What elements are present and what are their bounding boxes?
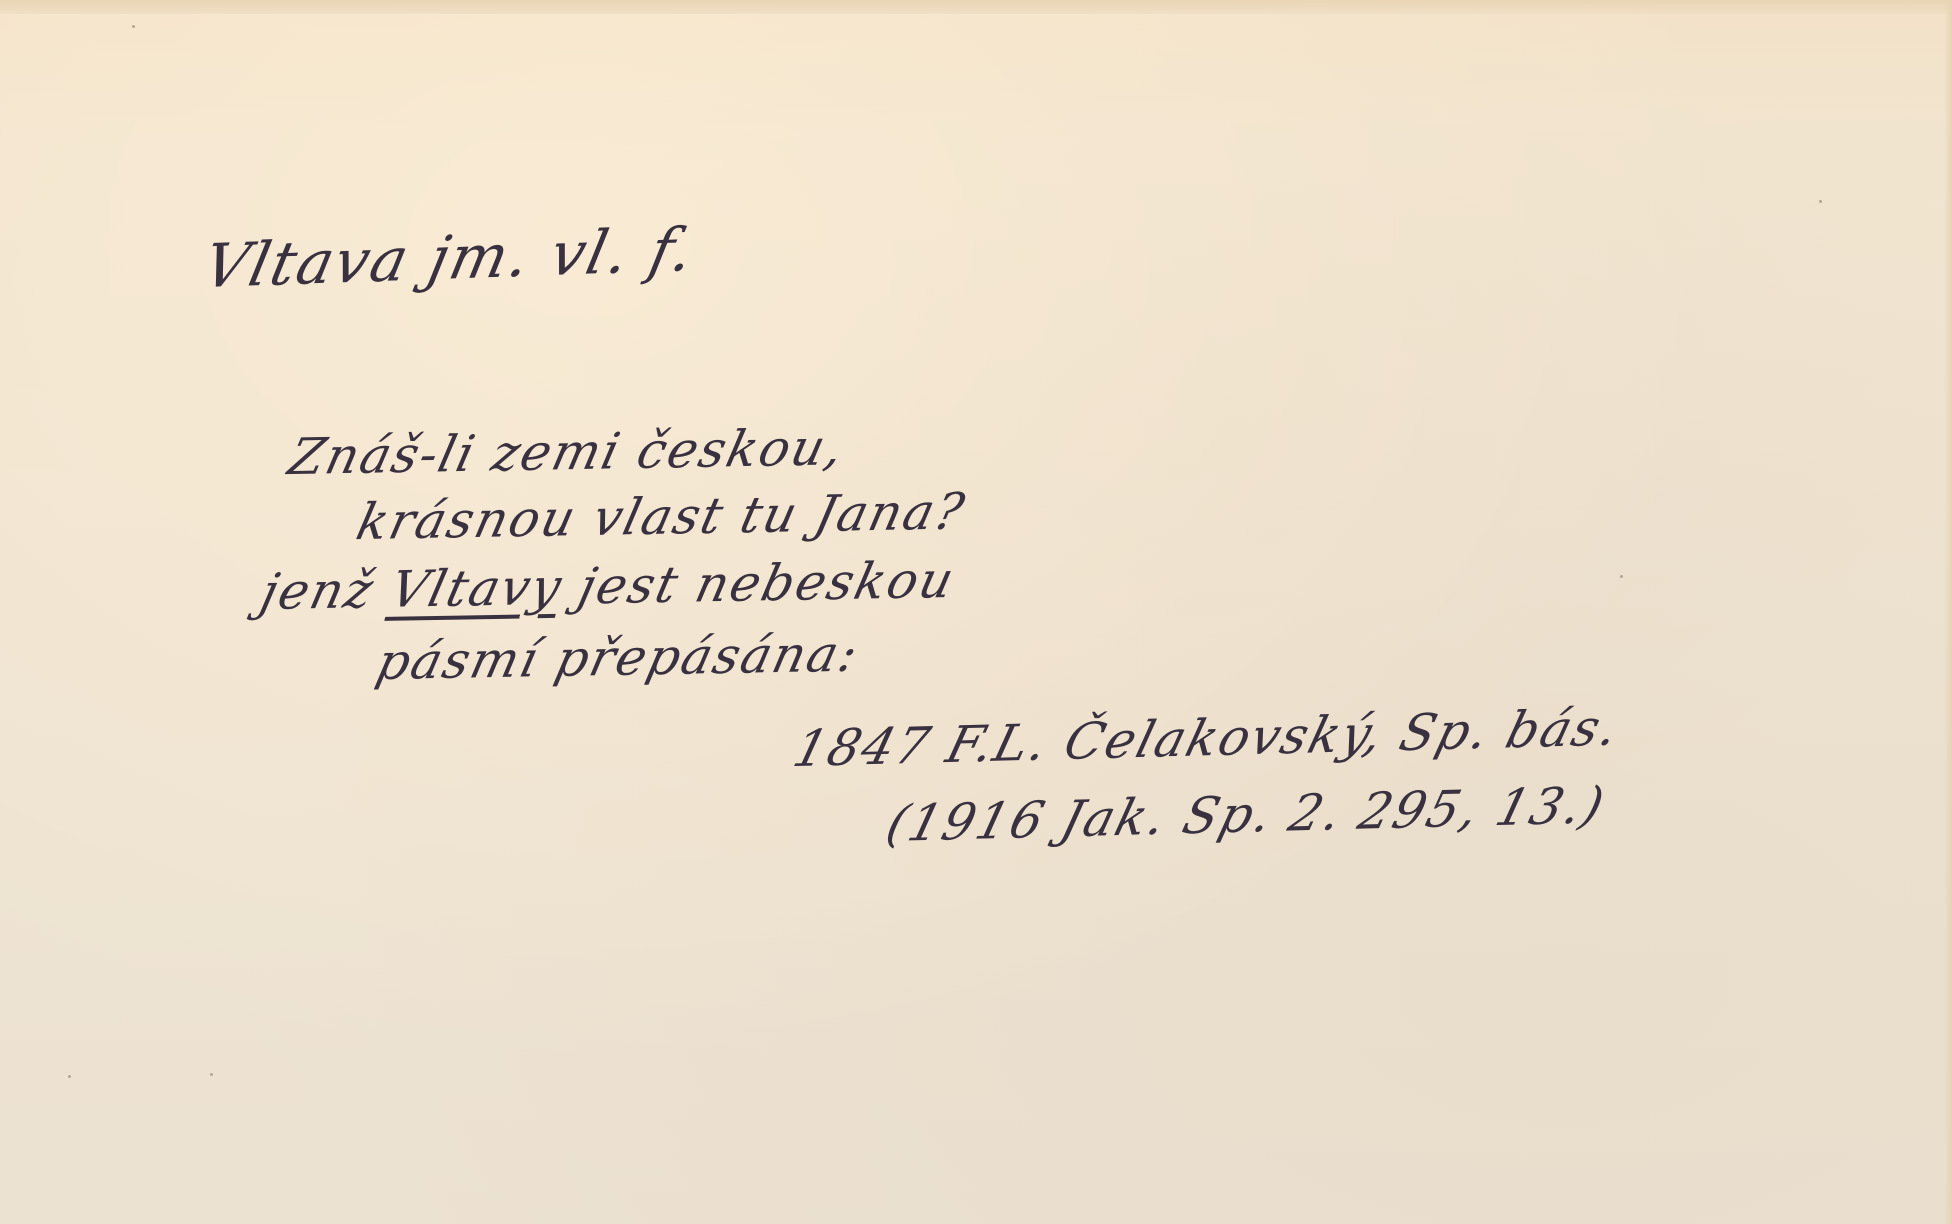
- card-top-edge: [0, 0, 1952, 14]
- paper-speck: [132, 25, 135, 28]
- quote-line-4: pásmí přepásána:: [371, 624, 865, 691]
- quote-line-3-before: jenž: [255, 561, 398, 622]
- index-card: Vltava jm. vl. f. Znáš-li zemi českou, k…: [0, 0, 1952, 1224]
- headword: Vltava jm. vl. f.: [198, 215, 702, 303]
- paper-speck: [1620, 575, 1623, 578]
- quote-line-3-after: jest nebeskou: [555, 551, 961, 616]
- source-line-2: (1916 Jak. Sp. 2. 295, 13.): [880, 776, 1611, 853]
- quote-line-1: Znáš-li zemi českou,: [283, 418, 851, 486]
- quote-line-2: krásnou vlast tu Jana?: [351, 482, 971, 551]
- source-line-1: 1847 F.L. Čelakovský, Sp. bás.: [787, 698, 1626, 778]
- underlined-headword-occurrence: Vltavy: [385, 558, 569, 619]
- paper-speck: [210, 1073, 213, 1076]
- card-right-edge: [1944, 0, 1952, 1224]
- paper-speck: [1819, 200, 1822, 203]
- paper-speck: [68, 1075, 71, 1078]
- quote-line-3: jenž Vltavy jest nebeskou: [255, 551, 961, 621]
